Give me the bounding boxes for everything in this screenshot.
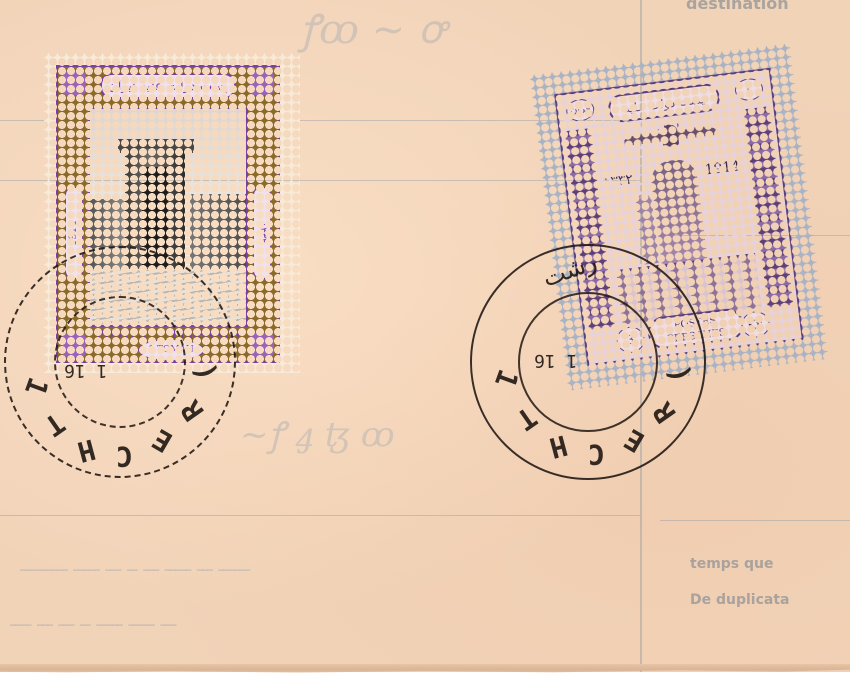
corner-numeral: ۳ bbox=[734, 77, 764, 102]
year-persian: ۱۳۳۲ bbox=[602, 171, 634, 191]
corner-kran: قران bbox=[565, 98, 595, 123]
faint-handwriting: ~ꝭ ꜭ ꜩ ꝏ bbox=[240, 410, 395, 456]
persian-title: پست دولت علیه ایران bbox=[100, 73, 236, 99]
denomination-unit: Kr. bbox=[740, 310, 771, 339]
postmark-town: 1 T H C E R ( bbox=[6, 248, 234, 476]
faint-handwriting-top: ꝭꝏ ~ ꝍ bbox=[300, 0, 445, 55]
postmark-1: 1 16 1 T H C E R ( bbox=[4, 246, 236, 478]
faravahar-icon bbox=[623, 119, 717, 152]
footer-text-right-2: De duplicata bbox=[690, 592, 789, 608]
corner-ornament bbox=[250, 71, 274, 95]
postmark-town: 1 T H C E R ( bbox=[472, 246, 704, 478]
postmark-2: 1 16 1 T H C E R ( ﺭﺷﺖ bbox=[470, 244, 706, 480]
ruled-line bbox=[660, 520, 850, 521]
corner-ornament bbox=[62, 71, 86, 95]
header-fragment: destination bbox=[686, 0, 789, 13]
year-persian: ۱۳۳۲ bbox=[253, 187, 271, 279]
faint-persian-text-1: ــــــ ـــ ـــــ ـــ ــ ـــ ـــــ ــــــ… bbox=[20, 555, 250, 576]
corner-ornament bbox=[250, 333, 274, 357]
ruled-line bbox=[0, 515, 640, 516]
footer-text-right-1: temps que bbox=[690, 556, 774, 572]
persian-title: پست دولت علیه ایران bbox=[607, 82, 722, 123]
year-gregorian: 1914 bbox=[704, 158, 741, 178]
faint-persian-text-2: ـــ ـــــ ـــــ ــ ـــ ـــ ــــ bbox=[10, 610, 176, 631]
